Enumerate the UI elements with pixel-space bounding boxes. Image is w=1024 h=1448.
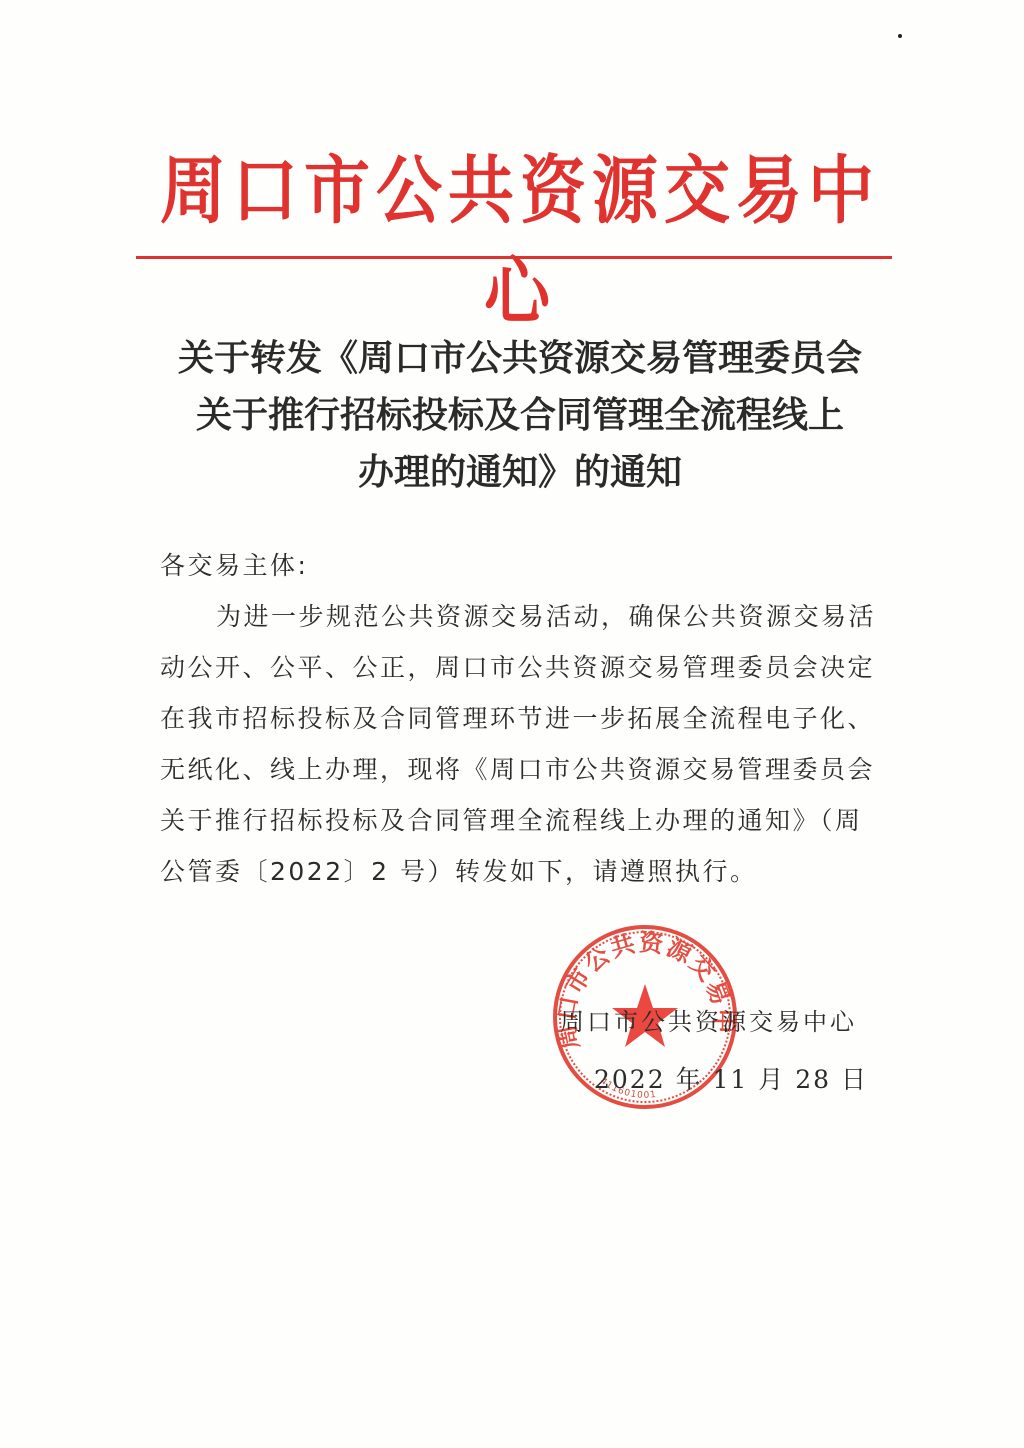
body-line: 为进一步规范公共资源交易活动，确保公共资源交易活 <box>160 591 880 642</box>
salutation: 各交易主体: <box>160 540 880 591</box>
document-body: 各交易主体: 为进一步规范公共资源交易活动，确保公共资源交易活 动公开、公平、公… <box>160 540 880 897</box>
body-line: 关于推行招标投标及合同管理全流程线上办理的通知》（周 <box>160 795 880 846</box>
document-title: 关于转发《周口市公共资源交易管理委员会 关于推行招标投标及合同管理全流程线上 办… <box>130 330 910 501</box>
document-page: 周口市公共资源交易中心 关于转发《周口市公共资源交易管理委员会 关于推行招标投标… <box>0 0 1024 1448</box>
masthead-org-name: 周口市公共资源交易中心 <box>140 140 900 342</box>
masthead-red-rule <box>136 256 892 259</box>
body-line: 公管委〔2022〕2 号）转发如下，请遵照执行。 <box>160 846 880 897</box>
scan-speck <box>898 34 902 38</box>
signature-date: 2022 年 11 月 28 日 <box>594 1060 868 1096</box>
title-line: 关于推行招标投标及合同管理全流程线上 <box>130 387 910 444</box>
body-line: 动公开、公平、公正，周口市公共资源交易管理委员会决定 <box>160 642 880 693</box>
title-line: 办理的通知》的通知 <box>130 444 910 501</box>
body-line: 无纸化、线上办理，现将《周口市公共资源交易管理委员会 <box>160 744 880 795</box>
title-line: 关于转发《周口市公共资源交易管理委员会 <box>130 330 910 387</box>
signature-org: 周口市公共资源交易中心 <box>560 1002 857 1037</box>
body-line: 在我市招标投标及合同管理环节进一步拓展全流程电子化、 <box>160 693 880 744</box>
